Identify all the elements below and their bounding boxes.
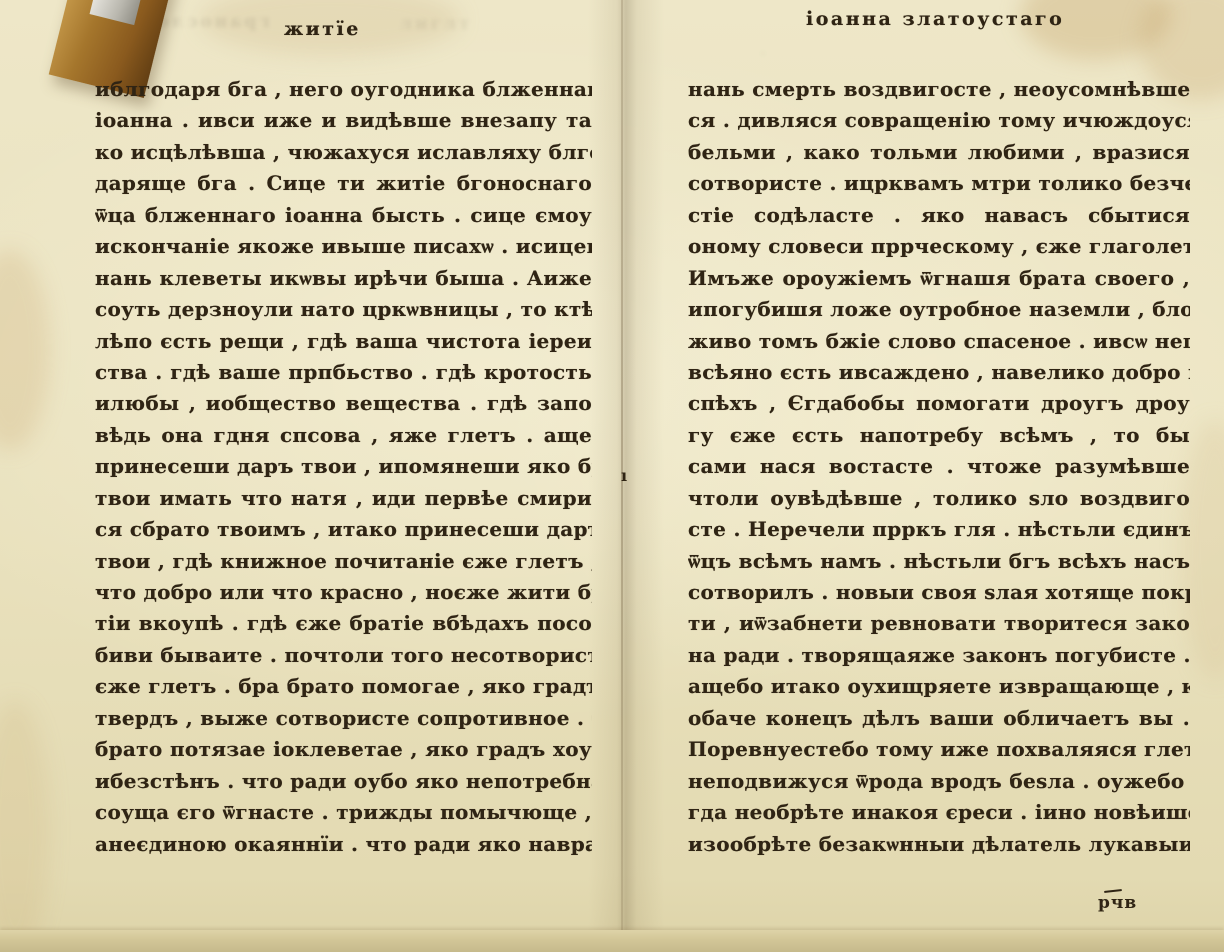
quire-signature: рчв	[1098, 893, 1137, 913]
right-page-text: нань смерть воздвигосте , неоусомнѣвшеся…	[688, 74, 1190, 860]
text-line: ѿца блженнаго іоанна бысть . сице ємоу	[95, 200, 592, 231]
text-line: ѿцъ всѣмъ намъ . нѣстьли бгъ всѣхъ насъ	[688, 546, 1190, 577]
page-edges-bottom	[0, 930, 1224, 952]
text-line: твои имать что натя , иди первѣе смири	[95, 483, 592, 514]
text-line: ащебо итако оухищряете извращающе , ко	[688, 671, 1190, 702]
right-page-header: іоанна златоустаго	[806, 8, 1064, 30]
text-line: вѣдь она гдня спсова , яже глетъ . аще	[95, 420, 592, 451]
text-line: всѣяно єсть ивсаждено , навелико добро и…	[688, 357, 1190, 388]
text-line: ко исцѣлѣвша , чюжахуся иславляху блго	[95, 137, 592, 168]
text-line: іоанна . ивси иже и видѣвше внезапу та	[95, 105, 592, 136]
text-line: иблгодаря бга , него оугодника блженнаго	[95, 74, 592, 105]
text-line: ибезстѣнъ . что ради оубо яко непотребна	[95, 766, 592, 797]
text-line: бельми , како тольми любими , вразися	[688, 137, 1190, 168]
text-line: сотворилъ . новыи своя ѕлая хотяще покры	[688, 577, 1190, 608]
text-line: ся сбрато твоимъ , итако принесеши даръ	[95, 514, 592, 545]
text-line: нань смерть воздвигосте , неоусомнѣвше	[688, 74, 1190, 105]
text-line: єже глетъ . бра брато помогае , яко град…	[95, 671, 592, 702]
text-line: оному словеси пррческому , єже глаголетъ…	[688, 231, 1190, 262]
text-line: ипогубишя ложе оутробное наземли , бло	[688, 294, 1190, 325]
text-line: обаче конецъ дѣлъ ваши обличаетъ вы .	[688, 703, 1190, 734]
text-line: сте . Неречели пррκъ гля . нѣстьли єдинъ	[688, 514, 1190, 545]
left-page-header: житїе	[284, 18, 361, 40]
text-line: твердъ , выже сотвористе сопротивное . б…	[95, 703, 592, 734]
text-line: стіе содѣласте . яко навасъ сбытися	[688, 200, 1190, 231]
text-line: гда необрѣте инакоя єреси . іино новѣише…	[688, 797, 1190, 828]
text-line: брато потязае іоклеветае , яко градъ хоу	[95, 734, 592, 765]
text-line: живо томъ бжіе слово спасеное . ивсѡ нег…	[688, 326, 1190, 357]
text-line: Имъже ороужіемъ ѿгнашя брата своего ,	[688, 263, 1190, 294]
text-line: неподвижуся ѿрода вродъ беѕла . оужебо т…	[688, 766, 1190, 797]
text-line: лѣпо єсть рещи , гдѣ ваша чистота іереи	[95, 326, 592, 357]
text-line: анеєдиною окаяннїи . что ради яко навраг…	[95, 829, 592, 860]
text-line: изообрѣте безакѡнныи дѣлатель лукавыи	[688, 829, 1190, 860]
text-line: Поревнуестебо тому иже похваляяся глетъ …	[688, 734, 1190, 765]
text-line: тіи вкоупѣ . гдѣ єже братіе вбѣдахъ посо	[95, 608, 592, 639]
text-line: соуща єго ѿгнасте . трижды помычюще ,	[95, 797, 592, 828]
text-line: гу єже єсть напотребу всѣмъ , то бы	[688, 420, 1190, 451]
text-line: нань клеветы икѡвы ирѣчи быша . Аиже	[95, 263, 592, 294]
text-line: на ради . творящаяже законъ погубисте .	[688, 640, 1190, 671]
text-line: ся . дивляся совращенію тому ичюждоуся	[688, 105, 1190, 136]
text-line: даряще бга . Сице ти житіе бгоноснаго	[95, 168, 592, 199]
text-line: ти , иѿзабнети ревновати творитеся зако	[688, 608, 1190, 639]
quire-signature-text: рчв	[1098, 893, 1137, 913]
text-line: соуть дерзноули нато цркѡвницы , то ктѣм	[95, 294, 592, 325]
text-line: ства . гдѣ ваше прпбьство . гдѣ кротость	[95, 357, 592, 388]
text-line: сотвористе . ицрквамъ мтри толико безче	[688, 168, 1190, 199]
text-line: принесеши даръ твои , ипомянеши яко бра	[95, 451, 592, 482]
text-line: что добро или что красно , ноєже жити бр…	[95, 577, 592, 608]
text-line: твои , гдѣ книжное почитаніе єже глетъ ,	[95, 546, 592, 577]
left-page-text: иблгодаря бга , него оугодника блженнаго…	[95, 74, 592, 860]
text-line: спѣхъ , Єгдабобы помогати дроугъ дроу	[688, 388, 1190, 419]
text-line: искончаніе якоже ивыше писахѡ . исицевыя	[95, 231, 592, 262]
text-line: илюбы , иобщество вещества . гдѣ запо	[95, 388, 592, 419]
text-line: биви бываите . почтоли того несотвористе…	[95, 640, 592, 671]
text-line: сами нася востасте . чтоже разумѣвше	[688, 451, 1190, 482]
text-line: чтоли оувѣдѣвше , толико ѕло воздвиго	[688, 483, 1190, 514]
